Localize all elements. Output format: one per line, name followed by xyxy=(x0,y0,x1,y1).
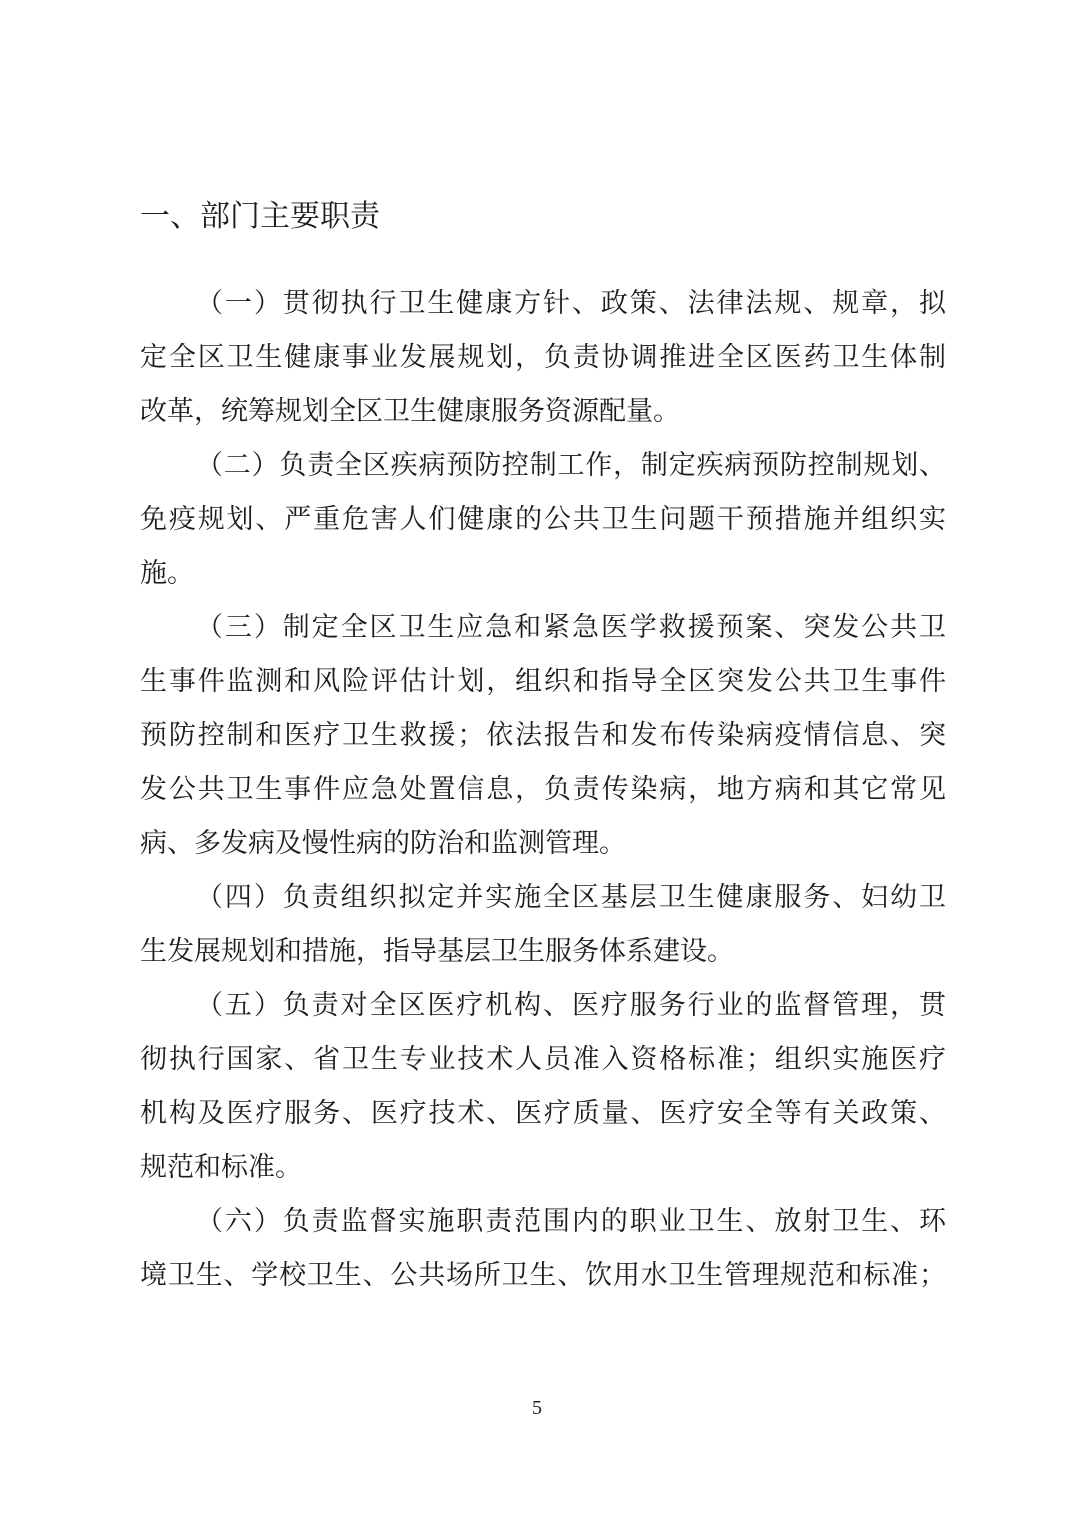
document-body: （一）贯彻执行卫生健康方针、政策、法律法规、规章，拟 定全区卫生健康事业发展规划… xyxy=(140,276,946,1302)
paragraph: （二）负责全区疾病预防控制工作，制定疾病预防控制规划、 免疫规划、严重危害人们健… xyxy=(140,438,946,600)
paragraph-line: 改革，统筹规划全区卫生健康服务资源配量。 xyxy=(140,384,946,438)
paragraph-line: 机构及医疗服务、医疗技术、医疗质量、医疗安全等有关政策、 xyxy=(140,1086,946,1140)
paragraph-line: 规范和标准。 xyxy=(140,1140,946,1194)
paragraph-line: 生发展规划和措施，指导基层卫生服务体系建设。 xyxy=(140,924,946,978)
paragraph-line: 预防控制和医疗卫生救援；依法报告和发布传染病疫情信息、突 xyxy=(140,708,946,762)
paragraph-line: 生事件监测和风险评估计划，组织和指导全区突发公共卫生事件 xyxy=(140,654,946,708)
paragraph-line: 病、多发病及慢性病的防治和监测管理。 xyxy=(140,816,946,870)
section-heading: 一、部门主要职责 xyxy=(140,190,380,244)
paragraph-line: 施。 xyxy=(140,546,946,600)
paragraph-line: 彻执行国家、省卫生专业技术人员准入资格标准；组织实施医疗 xyxy=(140,1032,946,1086)
paragraph: （三）制定全区卫生应急和紧急医学救援预案、突发公共卫 生事件监测和风险评估计划，… xyxy=(140,600,946,870)
paragraph-line: （二）负责全区疾病预防控制工作，制定疾病预防控制规划、 xyxy=(140,438,946,492)
paragraph-line: 定全区卫生健康事业发展规划，负责协调推进全区医药卫生体制 xyxy=(140,330,946,384)
paragraph-line: （三）制定全区卫生应急和紧急医学救援预案、突发公共卫 xyxy=(140,600,946,654)
paragraph-line: （四）负责组织拟定并实施全区基层卫生健康服务、妇幼卫 xyxy=(140,870,946,924)
paragraph-line: 发公共卫生事件应急处置信息，负责传染病，地方病和其它常见 xyxy=(140,762,946,816)
paragraph-line: （六）负责监督实施职责范围内的职业卫生、放射卫生、环 xyxy=(140,1194,946,1248)
paragraph-line: （一）贯彻执行卫生健康方针、政策、法律法规、规章，拟 xyxy=(140,276,946,330)
paragraph: （四）负责组织拟定并实施全区基层卫生健康服务、妇幼卫 生发展规划和措施，指导基层… xyxy=(140,870,946,978)
page-number: 5 xyxy=(0,1396,1074,1420)
paragraph: （五）负责对全区医疗机构、医疗服务行业的监督管理，贯 彻执行国家、省卫生专业技术… xyxy=(140,978,946,1194)
paragraph-line: 境卫生、学校卫生、公共场所卫生、饮用水卫生管理规范和标准； xyxy=(140,1248,946,1302)
paragraph: （一）贯彻执行卫生健康方针、政策、法律法规、规章，拟 定全区卫生健康事业发展规划… xyxy=(140,276,946,438)
document-page: 一、部门主要职责 （一）贯彻执行卫生健康方针、政策、法律法规、规章，拟 定全区卫… xyxy=(0,0,1074,1520)
paragraph: （六）负责监督实施职责范围内的职业卫生、放射卫生、环 境卫生、学校卫生、公共场所… xyxy=(140,1194,946,1302)
paragraph-line: （五）负责对全区医疗机构、医疗服务行业的监督管理，贯 xyxy=(140,978,946,1032)
paragraph-line: 免疫规划、严重危害人们健康的公共卫生问题干预措施并组织实 xyxy=(140,492,946,546)
